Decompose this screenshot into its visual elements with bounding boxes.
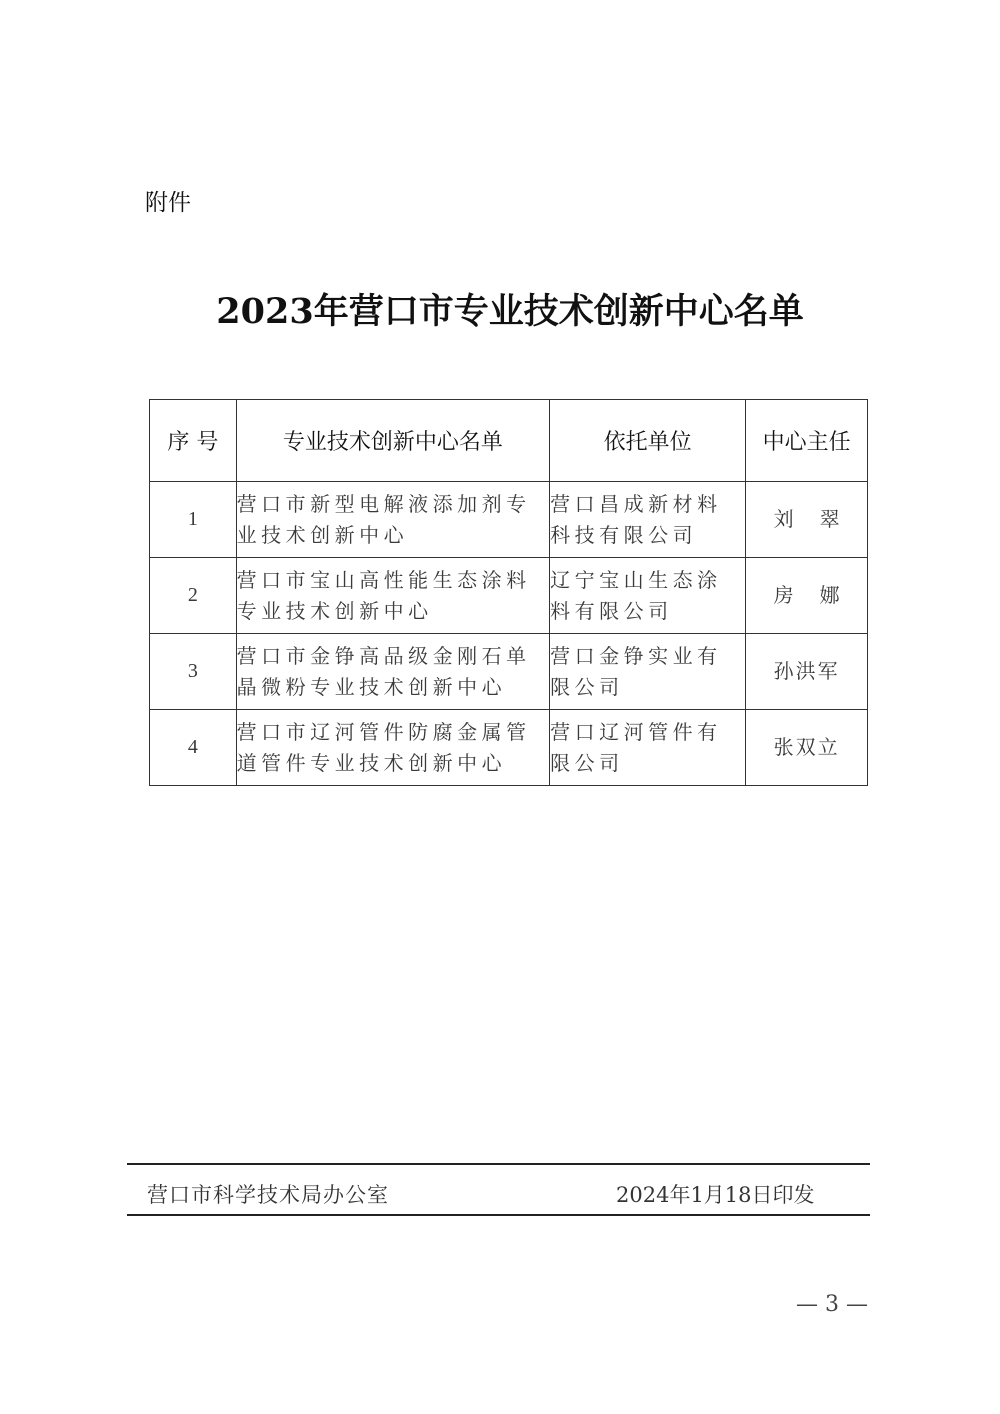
row-index: 2 [150, 558, 237, 634]
center-name: 营口市新型电解液添加剂专业技术创新中心 [236, 482, 549, 558]
header-center-name: 专业技术创新中心名单 [236, 400, 549, 482]
table-row: 3 营口市金铮高品级金刚石单晶微粉专业技术创新中心 营口金铮实业有限公司 孙洪军 [150, 634, 868, 710]
center-name: 营口市辽河管件防腐金属管道管件专业技术创新中心 [236, 710, 549, 786]
footer-bottom-rule [127, 1214, 870, 1216]
host-unit: 营口金铮实业有限公司 [550, 634, 746, 710]
row-index: 1 [150, 482, 237, 558]
director: 刘翠 [746, 482, 868, 558]
header-index: 序 号 [150, 400, 237, 482]
table-row: 1 营口市新型电解液添加剂专业技术创新中心 营口昌成新材料科技有限公司 刘翠 [150, 482, 868, 558]
host-unit: 辽宁宝山生态涂料有限公司 [550, 558, 746, 634]
director: 孙洪军 [746, 634, 868, 710]
attachment-label: 附件 [145, 184, 191, 217]
host-unit: 营口辽河管件有限公司 [550, 710, 746, 786]
host-unit: 营口昌成新材料科技有限公司 [550, 482, 746, 558]
header-host-unit: 依托单位 [550, 400, 746, 482]
header-director: 中心主任 [746, 400, 868, 482]
document-title: 2023年营口市专业技术创新中心名单 [190, 284, 830, 334]
page-number: — 3 — [796, 1292, 868, 1317]
row-index: 3 [150, 634, 237, 710]
issuing-office: 营口市科学技术局办公室 [147, 1179, 389, 1209]
center-name: 营口市金铮高品级金刚石单晶微粉专业技术创新中心 [236, 634, 549, 710]
innovation-center-table: 序 号 专业技术创新中心名单 依托单位 中心主任 1 营口市新型电解液添加剂专业… [149, 399, 868, 786]
table-row: 4 营口市辽河管件防腐金属管道管件专业技术创新中心 营口辽河管件有限公司 张双立 [150, 710, 868, 786]
footer-top-rule [127, 1163, 870, 1165]
table-row: 2 营口市宝山高性能生态涂料专业技术创新中心 辽宁宝山生态涂料有限公司 房娜 [150, 558, 868, 634]
center-name: 营口市宝山高性能生态涂料专业技术创新中心 [236, 558, 549, 634]
issue-date: 2024年1月18日印发 [616, 1179, 815, 1209]
row-index: 4 [150, 710, 237, 786]
director: 房娜 [746, 558, 868, 634]
table-header-row: 序 号 专业技术创新中心名单 依托单位 中心主任 [150, 400, 868, 482]
director: 张双立 [746, 710, 868, 786]
